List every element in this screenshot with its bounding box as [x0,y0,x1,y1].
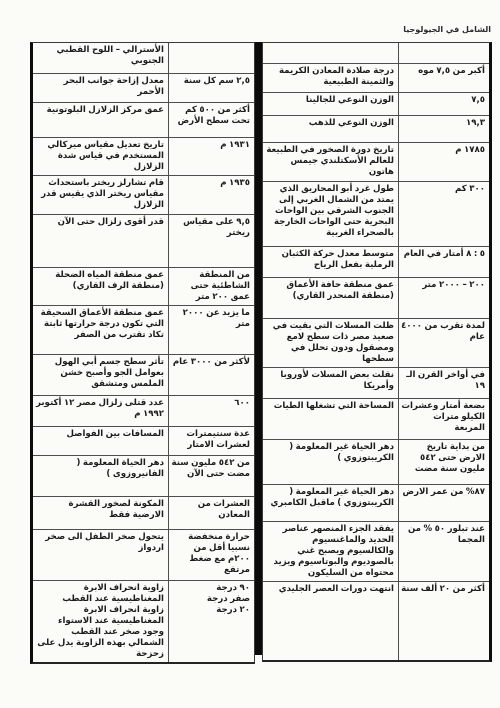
answer-cell: من المنطقة الشاطئية حتى عمق ٢٠٠ متر [169,268,254,305]
answer-cell: ٣٠٠ كم [399,182,489,246]
answer-cell: عند تبلور ٥٠ % من المجما [399,522,489,581]
table-row: يتحول صخر الطفل الى صخر اردواز حرارة منخ… [33,530,254,581]
question-cell: المساحة التي تشغلها الطيات [263,399,399,439]
table-row: عمق منطقة المياه الضحلة (منطقة الرف القا… [33,268,254,306]
answer-cell [399,43,489,63]
table-row: تاريخ دورة الصخور في الطبيعة للعالم الأس… [263,143,489,182]
question-cell: طول غرد أبو المحاريق الذي يمتد من الشمال… [263,182,399,246]
answer-cell: ٥ : ٨ أمتار في العام [399,247,489,277]
answer-cell: من ٥٤٢ مليون سنة مضت حتى الآن [169,456,254,496]
question-cell: عمق مركز الزلازل البلوتونية [33,103,169,137]
table-row: تاريخ تعديل مقياس ميركالي المستخدم في قي… [33,138,254,176]
answer-cell: من بداية تاريخ الارض حتى ٥٤٢ مليون سنة م… [399,440,489,484]
table-row: دهر الحياة غير المعلومة ( الكريبتوزوي ) … [263,440,489,485]
table-row: عمق منطقة الأعماق السحيقة التي تكون درجة… [33,306,254,355]
table-row: المكونة لصخور القشرة الارضية فقط العشرات… [33,497,254,530]
table-row: الوزن النوعي للذهب ١٩,٣ [263,116,489,143]
answer-cell: ٩,٥ على مقياس ريختر [169,215,254,267]
question-cell: تأثر سطح جسم أبي الهول بعوامل الجو وأصبح… [33,355,169,395]
table-row: طول غرد أبو المحاريق الذي يمتد من الشمال… [263,182,489,247]
question-cell: نقلت بعض المسلات لأوروبا وأمريكا [263,368,399,398]
table-row: معدل إزاحة جوانب البحر الأحمر ٢,٥ سم كل … [33,74,254,103]
answer-cell: ما يزيد عن ٢٠٠٠ متر [169,306,254,354]
question-cell: قدر أقوى زلزال حتى الآن [33,215,169,267]
answer-cell: بضعة أمتار وعشرات الكيلو مترات المربعة [399,399,489,439]
table-row: قدر أقوى زلزال حتى الآن ٩,٥ على مقياس ري… [33,215,254,268]
answer-cell: حرارة منخفضة نسبيا أقل من ٢٠٠م مع ضغط مر… [169,530,254,580]
answer-cell: ١٩٣٥ م [169,176,254,214]
question-cell: يتحول صخر الطفل الى صخر اردواز [33,530,169,580]
question-cell: ظلت المسلات التي بقيت في صعيد مصر ذات سط… [263,319,399,367]
answer-cell: لأكثر من ٣٠٠٠ عام [169,355,254,395]
table-row: المسافات بين الفواصل عدة سنتيمترات لعشرا… [33,427,254,456]
answer-cell: ٧,٥ [399,93,489,115]
table-row: الأسترالي – اللوح القطبي الجنوبي [33,43,254,74]
answer-cell: أكبر من ٧,٥ موه [399,64,489,92]
question-cell: عدد قتلى زلزال مصر ١٢ أكتوبر ١٩٩٢ م [33,396,169,426]
answer-cell: أكثر من ٥٠٠ كم تحت سطح الأرض [169,103,254,137]
answer-cell: العشرات من المعادن [169,497,254,529]
question-cell: دهر الحياة المعلومة ( الفانيروزوى ) [33,456,169,496]
question-cell: عمق منطقة المياه الضحلة (منطقة الرف القا… [33,268,169,305]
center-divider [255,42,262,655]
table-row: تأثر سطح جسم أبي الهول بعوامل الجو وأصبح… [33,355,254,396]
right-table: درجة صلادة المعادن الكريمة والثمينة الطب… [262,42,492,662]
table-row: درجة صلادة المعادن الكريمة والثمينة الطب… [263,64,489,93]
answer-cell: عدة سنتيمترات لعشرات الامتار [169,427,254,455]
answer-cell: ٢٠٠ – ٢٠٠٠ متر [399,278,489,318]
question-cell: زاوية انحراف الابرة المغناطيسية عند القط… [33,581,169,662]
answer-cell: ٢,٥ سم كل سنة [169,74,254,102]
question-cell: يفقد الجزء المنصهر عناصر الحديد والماغنس… [263,522,399,581]
table-row: دهر الحياة المعلومة ( الفانيروزوى ) من ٥… [33,456,254,497]
table-row: زاوية انحراف الابرة المغناطيسية عند القط… [33,581,254,662]
answer-cell: ٨٧% من عمر الارض [399,485,489,521]
question-cell: تاريخ تعديل مقياس ميركالي المستخدم في قي… [33,138,169,175]
answer-cell [169,43,254,73]
question-cell: انتهت دورات العصر الجليدي [263,582,399,660]
table-row: دهر الحياة غير المعلومة ( الكريبتوزوي ) … [263,485,489,522]
question-cell: درجة صلادة المعادن الكريمة والثمينة الطب… [263,64,399,92]
question-cell [263,43,399,63]
question-cell: عمق منطقة الأعماق السحيقة التي تكون درجة… [33,306,169,354]
question-cell: متوسط معدل حركة الكثبان الرملية بفعل الر… [263,247,399,277]
answer-cell: ٦٠٠ [169,396,254,426]
table-row: ظلت المسلات التي بقيت في صعيد مصر ذات سط… [263,319,489,368]
answer-cell: ١٩٣١ م [169,138,254,175]
table-row: متوسط معدل حركة الكثبان الرملية بفعل الر… [263,247,489,278]
scanned-worksheet-page: الشامل في الجيولوجيا الأسترالي – اللوح ا… [0,0,500,708]
answer-cell: ٩٠ درجة صفر درجة ٢٠ درجة [169,581,254,662]
table-row: انتهت دورات العصر الجليدي أكثر من ٢٠ ألف… [263,582,489,660]
left-table: الأسترالي – اللوح القطبي الجنوبي معدل إز… [30,42,255,664]
question-cell: المكونة لصخور القشرة الارضية فقط [33,497,169,529]
answer-cell: لمدة تقرب من ٤٠٠٠ عام [399,319,489,367]
question-cell: دهر الحياة غير المعلومة ( الكريبتوزوي ) [263,440,399,484]
answer-cell: في أواخر القرن الـ ١٩ [399,368,489,398]
table-row: قام تشارلز ريختر باستحداث مقياس ريختر ال… [33,176,254,215]
table-row: عمق منطقة حافة الأعماق (منطقة المنحدر ال… [263,278,489,319]
table-row [263,43,489,64]
question-cell: عمق منطقة حافة الأعماق (منطقة المنحدر ال… [263,278,399,318]
table-row: يفقد الجزء المنصهر عناصر الحديد والماغنس… [263,522,489,582]
table-row: المساحة التي تشغلها الطيات بضعة أمتار وع… [263,399,489,440]
page-title: الشامل في الجيولوجيا [403,25,491,34]
table-row: عدد قتلى زلزال مصر ١٢ أكتوبر ١٩٩٢ م ٦٠٠ [33,396,254,427]
answer-cell: أكثر من ٢٠ ألف سنة [399,582,489,660]
answer-cell: ١٧٨٥ م [399,143,489,181]
question-cell: الوزن النوعي للجالينا [263,93,399,115]
question-cell: قام تشارلز ريختر باستحداث مقياس ريختر ال… [33,176,169,214]
question-cell: معدل إزاحة جوانب البحر الأحمر [33,74,169,102]
question-cell: دهر الحياة غير المعلومة ( الكريبتوزوي ) … [263,485,399,521]
question-cell: الوزن النوعي للذهب [263,116,399,142]
question-cell: تاريخ دورة الصخور في الطبيعة للعالم الأس… [263,143,399,181]
answer-cell: ١٩,٣ [399,116,489,142]
table-row: عمق مركز الزلازل البلوتونية أكثر من ٥٠٠ … [33,103,254,138]
table-row: الوزن النوعي للجالينا ٧,٥ [263,93,489,116]
table-row: نقلت بعض المسلات لأوروبا وأمريكا في أواخ… [263,368,489,399]
question-cell: المسافات بين الفواصل [33,427,169,455]
question-cell: الأسترالي – اللوح القطبي الجنوبي [33,43,169,73]
